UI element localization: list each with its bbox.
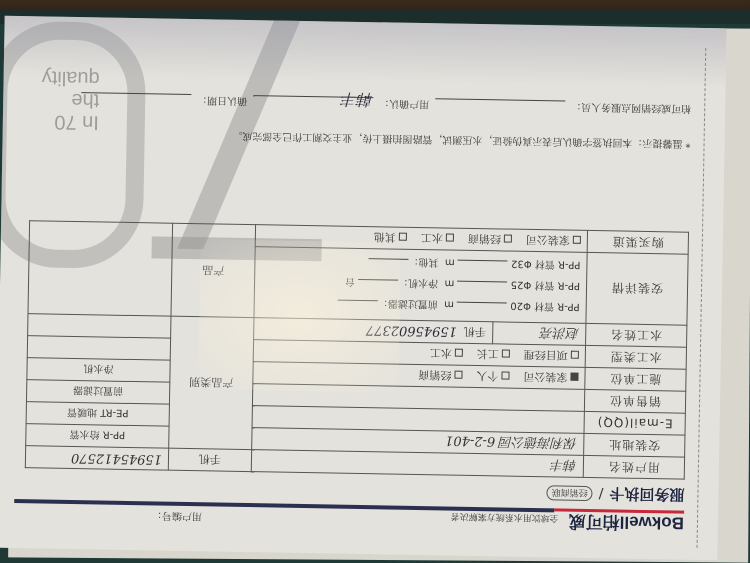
receipt-form: In 70 the quality Bokwell柏可威 全球饮用水系统方案解决… (12, 36, 711, 548)
user-signature-field[interactable]: 韩丰 (253, 95, 373, 112)
confirm-date-field[interactable] (81, 92, 191, 109)
staff-signature-field[interactable] (435, 98, 565, 115)
plumber-phone-value[interactable]: 15945602377 (366, 323, 457, 340)
perforation-line (697, 48, 707, 548)
checkbox-channel-dealer[interactable]: 经销商 (468, 232, 512, 246)
checkbox-channel-decoration[interactable]: 家装公司 (526, 233, 581, 247)
checkbox-individual[interactable]: 个人 (476, 370, 509, 384)
service-receipt-card: In 70 the quality Bokwell柏可威 全球饮用水系统方案解决… (0, 16, 727, 561)
dealer-copy-badge: 经销商联 (547, 485, 593, 501)
checkbox-channel-plumber[interactable]: 水工 (421, 232, 454, 246)
checkbox-dealer[interactable]: 经销商 (418, 369, 462, 383)
user-phone-value[interactable]: 15945412570 (25, 446, 168, 470)
brand-logo: Bokwell柏可威 (568, 511, 684, 538)
checkbox-foreman[interactable]: 工长 (477, 348, 510, 362)
checkbox-channel-other[interactable]: 其他 (374, 231, 407, 245)
brand-slogan: 全球饮用水系统方案解决者 (451, 511, 559, 526)
receipt-table: 用户姓名 韩丰 手机 15945412570 安装地址 保利海德公园 6-2-4… (25, 220, 689, 479)
plumber-name-value[interactable]: 赵洪亮 (492, 322, 586, 346)
checkbox-project-manager[interactable]: 项目经理 (524, 348, 579, 362)
checkbox-plumber[interactable]: 水工 (430, 347, 463, 361)
card-title: 服务回执卡 / 经销商联 (547, 482, 685, 505)
rule-navy (14, 499, 554, 512)
user-number-label: 用户编号： (152, 509, 202, 525)
checkbox-decoration-company[interactable]: 家装公司 (523, 370, 578, 384)
row-install-details: 安装详情 PP-R 管材 Φ20 m 前置过滤器： PP-R 管材 Φ25 m … (28, 243, 688, 325)
